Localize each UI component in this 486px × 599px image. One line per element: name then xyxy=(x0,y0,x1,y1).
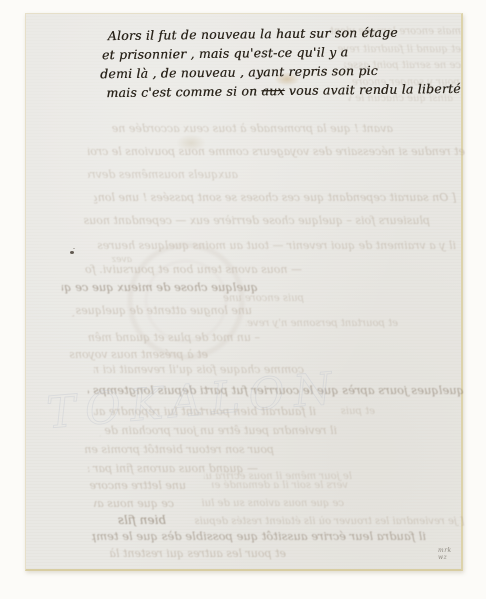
bleedthrough-line: et pour les autres qui restent là xyxy=(84,548,286,564)
struck-word: aux xyxy=(261,83,284,98)
stain-smudge xyxy=(176,134,206,152)
bleedthrough-line: avant ! que la promenade à tous ceux acc… xyxy=(111,123,393,139)
corner-pencil-mark-line: wz xyxy=(438,554,452,561)
ink-line: mais c'est comme si on aux vous avait re… xyxy=(106,79,470,102)
bleedthrough-line: vers le soir il a demandé encore xyxy=(212,480,348,495)
handwritten-text-block: Alors il fut de nouveau la haut sur son … xyxy=(100,22,471,103)
bleedthrough-line: le jour même il nous écrira une lettre xyxy=(204,471,352,486)
corner-pencil-mark-line: mrk xyxy=(438,547,452,554)
embossed-stamp-icon xyxy=(126,241,246,361)
bleedthrough-line: — quand nous aurons fini par savoir xyxy=(88,463,258,479)
ink-line-segment: vous avait rendu la liberté xyxy=(284,81,460,98)
bleedthrough-line: auxquels nousmêmes devrons bien répondre xyxy=(88,169,238,185)
ink-speck xyxy=(70,251,74,254)
bleedthrough-line: plusieurs fois – quelque chose derrière … xyxy=(82,215,430,231)
bleedthrough-line: ce que nous avions su de lui déjà xyxy=(202,498,344,513)
bleedthrough-line: ce que nous avions su xyxy=(94,498,174,514)
watermark-text: TOKALON xyxy=(45,363,343,440)
bleedthrough-line: une lettre encore de lui xyxy=(90,480,186,496)
bleedthrough-line: et rendue si nécessaire des voyageurs co… xyxy=(88,146,465,162)
bleedthrough-line: [ On saurait cependant que ces choses se… xyxy=(94,192,456,208)
scan-background: { "page": { "description": "Scanned hand… xyxy=(0,0,486,599)
bleedthrough-line: [ je reviendrai les trouver où ils étaie… xyxy=(194,516,464,531)
bleedthrough-line: il faudra leur écrire aussitôt que possi… xyxy=(92,530,426,547)
bleedthrough-line: et pourtant personne n'y revenait plus xyxy=(246,318,398,333)
manuscript-page: mais encore lorsque vient le soir mêmeet… xyxy=(25,13,463,571)
corner-pencil-mark: mrk wz xyxy=(438,547,452,561)
bleedthrough-line: bien fils xyxy=(86,514,166,531)
ink-line-segment: mais c'est comme si on xyxy=(106,83,261,100)
